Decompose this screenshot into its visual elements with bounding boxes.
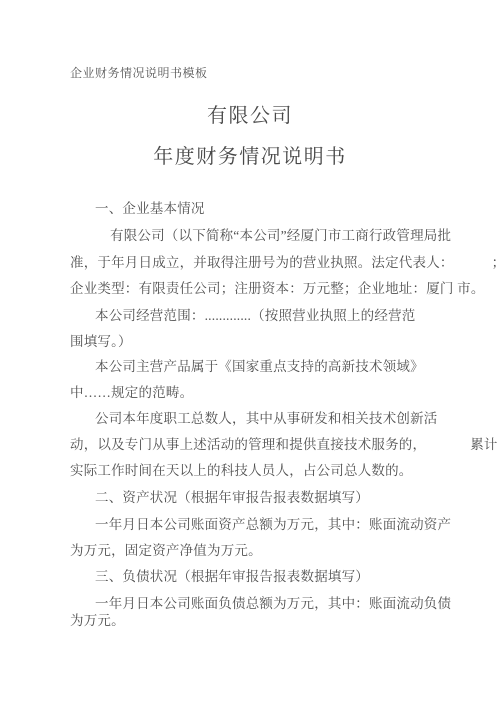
section3-p1-line2: 为万元。	[70, 613, 125, 628]
section1-p3-line2: 中……规定的范畴。	[70, 385, 193, 400]
section1-p4-line2-text: 动，以及专门从事上述活动的管理和提供直接技术服务的，	[70, 437, 426, 452]
section3-p1-line1: 一年月日本公司账面负债总额为万元，其中：账面流动负债	[95, 596, 451, 611]
section3-heading: 三、负债状况（根据年审报告报表数据填写）	[95, 569, 369, 584]
section1-p4-line3: 实际工作时间在天以上的科技人员人，占公司总人数的。	[70, 463, 413, 478]
section1-p4-line2-tail: 累计	[470, 437, 497, 452]
section1-heading: 一、企业基本情况	[95, 201, 205, 216]
section1-p1-line1: 有限公司（以下简称“本公司”经厦门市工商行政管理局批	[110, 228, 451, 243]
section1-p1-line2-text: 准，于年月日成立，并取得注册号为的营业执照。法定代表人：	[70, 255, 454, 270]
document-header-label: 企业财务情况说明书模板	[70, 66, 208, 81]
document-title-main: 年度财务情况说明书	[0, 140, 500, 169]
section2-p1-line2: 为万元，固定资产净值为万元。	[70, 543, 262, 558]
section1-p2-line1: 本公司经营范围：.............（按照营业执照上的经营范	[95, 308, 415, 323]
section1-p1-line2-tail: ；	[492, 255, 500, 270]
section1-p1-line3: 企业类型：有限责任公司；注册资本：万元整；企业地址：厦门 市。	[70, 281, 485, 296]
section2-p1-line1: 一年月日本公司账面资产总额为万元，其中：账面流动资产	[95, 517, 451, 532]
section2-heading: 二、资产状况（根据年审报告报表数据填写）	[95, 490, 369, 505]
document-page: 企业财务情况说明书模板 有限公司 年度财务情况说明书 一、企业基本情况 有限公司…	[0, 0, 500, 708]
section1-p1-line2: 准，于年月日成立，并取得注册号为的营业执照。法定代表人：；	[70, 255, 500, 270]
section1-p4-line1: 公司本年度职工总数人，其中从事研发和相关技术创新活	[95, 411, 438, 426]
section1-p3-line1: 本公司主营产品属于《国家重点支持的高新技术领域》	[95, 359, 424, 374]
section1-p4-line2: 动，以及专门从事上述活动的管理和提供直接技术服务的，累计	[70, 437, 498, 452]
section1-p2-line2: 围填写。）	[70, 334, 132, 349]
document-title-company: 有限公司	[0, 99, 500, 128]
